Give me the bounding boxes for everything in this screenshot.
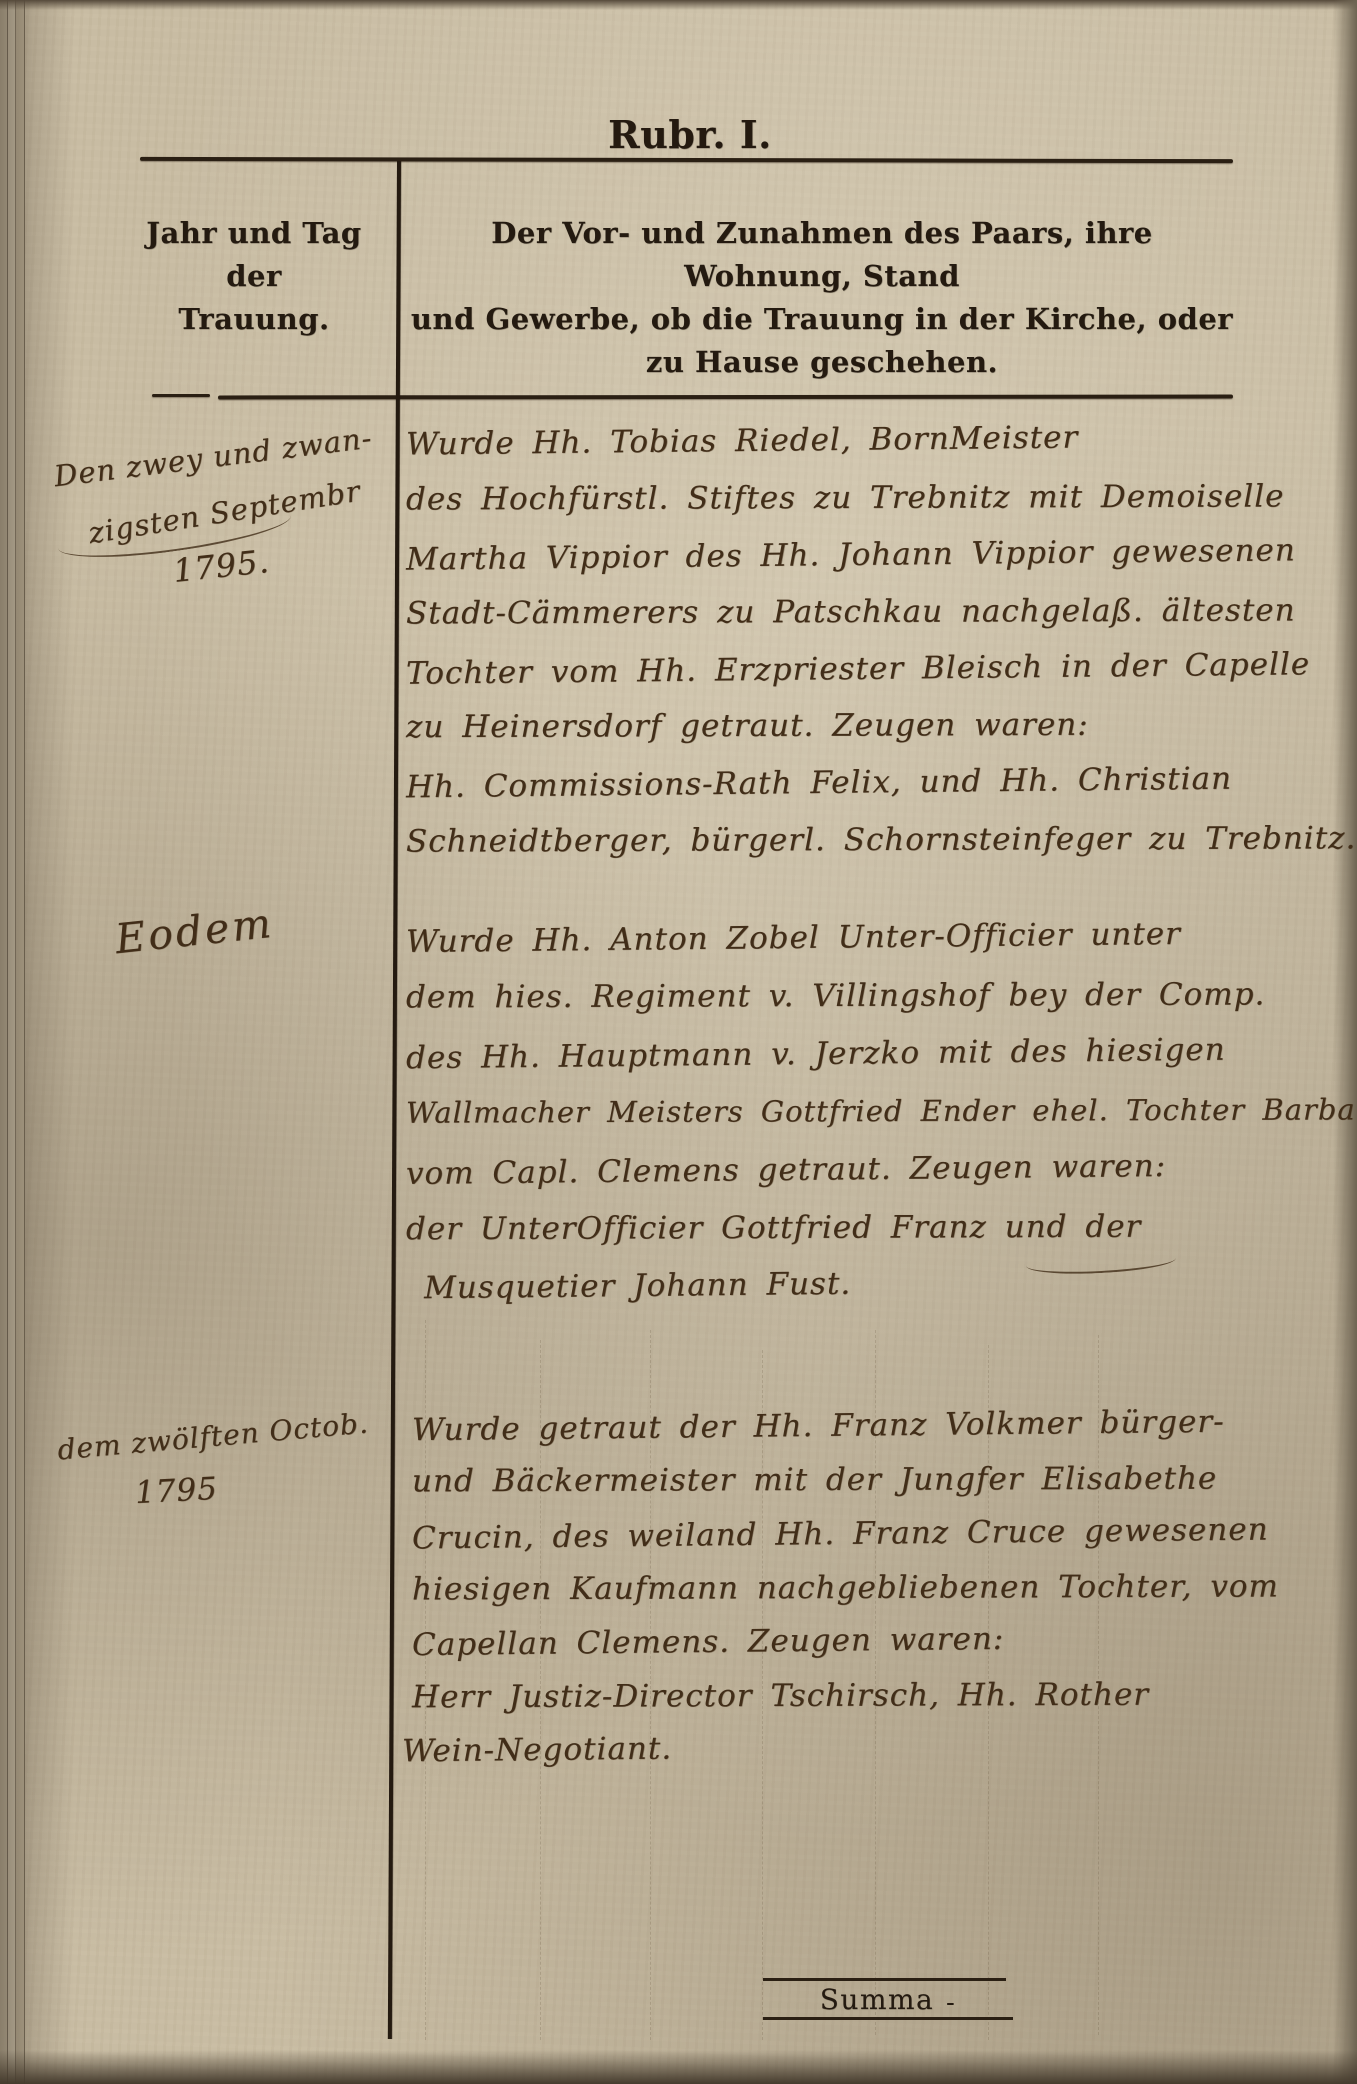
entry-text-line: hiesigen Kaufmann nachgebliebenen Tochte… (412, 1568, 1279, 1607)
entry-text-line: der UnterOfficier Gottfried Franz und de… (406, 1209, 1141, 1248)
entry-text-line: zu Heinersdorf getraut. Zeugen waren: (406, 707, 1089, 745)
entry-date-line: Eodem (113, 899, 276, 963)
column-header-date-line: der (115, 255, 393, 298)
summa-label: Summa (812, 1983, 942, 2016)
book-binding-shadow (0, 0, 74, 2084)
entry-text-line: Musquetier Johann Fust. (424, 1266, 852, 1306)
entry-date-line: 1795 (134, 1471, 219, 1511)
entry-2-date: Eodem (60, 895, 380, 995)
entry-text-line: Wein-Negotiant. (402, 1731, 673, 1770)
column-header-date: Jahr und Tag der Trauung. (115, 212, 393, 341)
entry-text-line: des Hh. Hauptmann v. Jerzko mit des hies… (406, 1032, 1226, 1077)
entry-text-line: und Bäckermeister mit der Jungfer Elisab… (412, 1461, 1217, 1500)
ink-flourish (1026, 1247, 1177, 1277)
entry-text-line: Wurde getraut der Hh. Franz Volkmer bürg… (412, 1404, 1225, 1449)
column-header-names: Der Vor- und Zunahmen des Paars, ihre Wo… (408, 212, 1236, 384)
entry-text-line: Tochter vom Hh. Erzpriester Bleisch in d… (406, 646, 1310, 691)
entry-text-line: Martha Vippior des Hh. Johann Vippior ge… (406, 532, 1296, 577)
entry-text-line: Stadt-Cämmerers zu Patschkau nachgelaß. … (406, 592, 1296, 631)
page-title: Rubr. I. (540, 112, 840, 157)
entry-text-line: vom Capl. Clemens getraut. Zeugen waren: (406, 1148, 1166, 1192)
entry-2-text: Wurde Hh. Anton Zobel Unter-Officier unt… (406, 915, 1354, 1335)
header-bottom-rule-left (152, 394, 210, 397)
entry-text-line: Crucin, des weiland Hh. Franz Cruce gewe… (412, 1512, 1269, 1557)
column-divider-line (388, 161, 401, 2039)
entry-text-line: Schneidtberger, bürgerl. Schornsteinfege… (406, 820, 1356, 859)
entry-text-line: Capellan Clemens. Zeugen waren: (412, 1621, 1005, 1663)
entry-text-line: Herr Justiz-Director Tschirsch, Hh. Roth… (412, 1677, 1149, 1716)
entry-date-line: dem zwölften Octob. (56, 1406, 370, 1466)
entry-1-date: Den zwey und zwan- zigsten Septembr 1795… (45, 435, 385, 615)
summa-dash: - (946, 1988, 955, 2018)
column-header-names-line: zu Hause geschehen. (408, 341, 1236, 384)
entry-1-text: Wurde Hh. Tobias Riedel, BornMeister des… (406, 418, 1351, 888)
entry-text-line: des Hochfürstl. Stiftes zu Trebnitz mit … (406, 478, 1285, 517)
page-top-edge (0, 0, 1357, 10)
summa-top-rule (763, 1978, 1006, 1981)
header-bottom-rule-right (218, 395, 1233, 399)
entry-text-line: Wallmacher Meisters Gottfried Ender ehel… (406, 1092, 1357, 1129)
column-header-date-line: Jahr und Tag (115, 212, 393, 255)
entry-text-line: Hh. Commissions-Rath Felix, und Hh. Chri… (406, 761, 1232, 806)
column-header-date-line: Trauung. (115, 298, 393, 341)
summa-bottom-rule (763, 2017, 1013, 2020)
entry-text-line: Wurde Hh. Tobias Riedel, BornMeister (406, 419, 1079, 462)
entry-3-text: Wurde getraut der Hh. Franz Volkmer bürg… (412, 1403, 1352, 1793)
column-header-names-line: und Gewerbe, ob die Trauung in der Kirch… (408, 298, 1236, 341)
register-page: Rubr. I. Jahr und Tag der Trauung. Der V… (0, 0, 1357, 2084)
entry-3-date: dem zwölften Octob. 1795 (45, 1415, 385, 1545)
page-bottom-edge (0, 2050, 1357, 2084)
entry-text-line: dem hies. Regiment v. Villingshof bey de… (406, 977, 1265, 1016)
entry-text-line: Wurde Hh. Anton Zobel Unter-Officier unt… (406, 916, 1181, 960)
column-header-names-line: Der Vor- und Zunahmen des Paars, ihre Wo… (408, 212, 1236, 298)
header-top-rule (140, 157, 1233, 163)
